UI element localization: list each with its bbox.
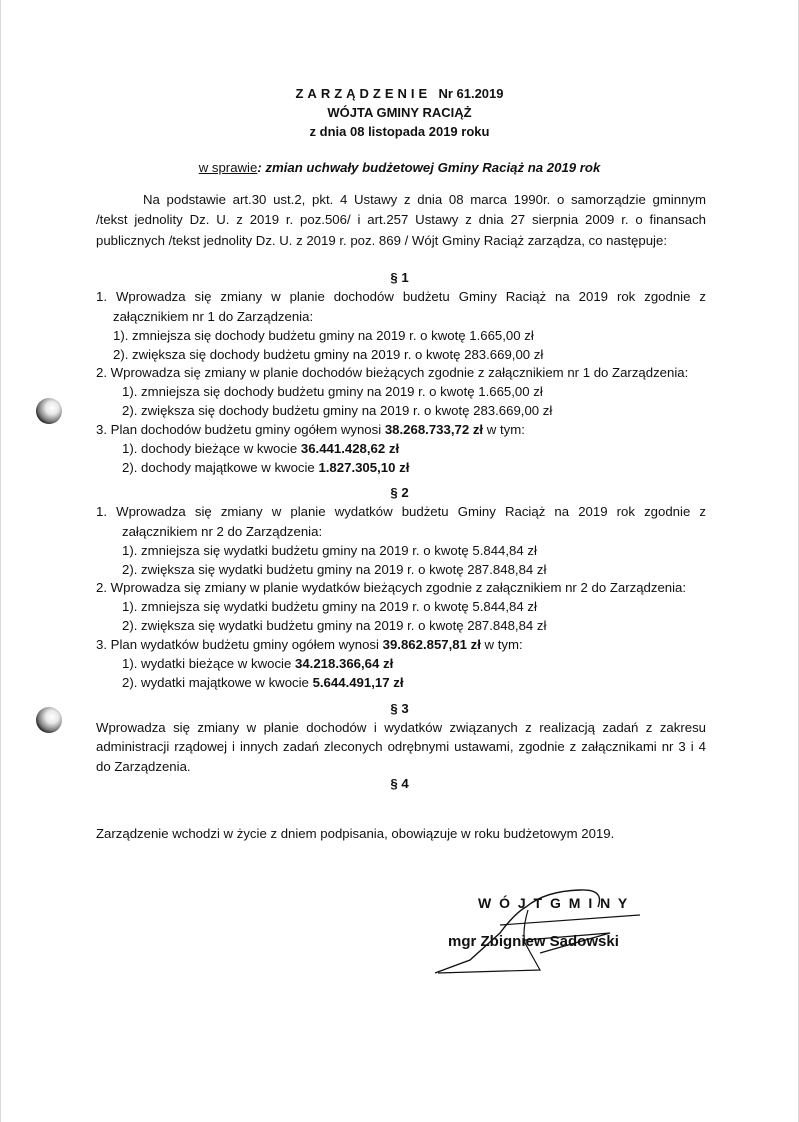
- expense-total-amount: 39.862.857,81 zł: [383, 637, 481, 652]
- preamble-line-3: publicznych /tekst jednolity Dz. U. z 20…: [96, 232, 667, 250]
- s4-text: Zarządzenie wchodzi w życie z dniem podp…: [96, 825, 614, 843]
- subject-text: : zmian uchwały budżetowej Gminy Raciąż …: [257, 160, 600, 175]
- expense-capital-amount: 5.644.491,17 zł: [313, 675, 404, 690]
- income-capital-amount: 1.827.305,10 zł: [318, 460, 409, 475]
- s2-p2-item1: 1). zmniejsza się wydatki budżetu gminy …: [122, 598, 537, 616]
- expense-current-amount: 34.218.366,64 zł: [295, 656, 393, 671]
- handwritten-signature-icon: [430, 885, 660, 980]
- s1-p3-item2: 2). dochody majątkowe w kwocie 1.827.305…: [122, 459, 409, 477]
- document-page: ZARZĄDZENIE Nr 61.2019 WÓJTA GMINY RACIĄ…: [0, 0, 799, 1122]
- title-number: Nr 61.2019: [438, 86, 503, 101]
- document-title: ZARZĄDZENIE Nr 61.2019: [0, 84, 799, 103]
- document-date: z dnia 08 listopada 2019 roku: [0, 122, 799, 141]
- section-3-heading: § 3: [0, 701, 799, 716]
- income-current-amount: 36.441.428,62 zł: [301, 441, 399, 456]
- s2-p2-line1: 2. Wprowadza się zmiany w planie wydatkó…: [96, 579, 686, 597]
- subject-prefix: w sprawie: [199, 160, 258, 175]
- subject-line: w sprawie: zmian uchwały budżetowej Gmin…: [0, 159, 799, 177]
- preamble-line-2: /tekst jednolity Dz. U. z 2019 r. poz.50…: [96, 212, 706, 227]
- s1-p2-line1: 2. Wprowadza się zmiany w planie dochodó…: [96, 364, 688, 382]
- s1-p1-item2: 2). zwiększa się dochody budżetu gminy n…: [113, 346, 543, 364]
- s3-line3: do Zarządzenia.: [96, 758, 191, 776]
- s2-p1-line1: 1. Wprowadza się zmiany w planie wydatkó…: [96, 504, 706, 519]
- section-1-heading: § 1: [0, 270, 799, 285]
- s3-line1: Wprowadza się zmiany w planie dochodów i…: [96, 720, 706, 735]
- s1-p2-item2: 2). zwiększa się dochody budżetu gminy n…: [122, 402, 552, 420]
- preamble-line-1: Na podstawie art.30 ust.2, pkt. 4 Ustawy…: [143, 192, 706, 207]
- s2-p3-total: 3. Plan wydatków budżetu gminy ogółem wy…: [96, 636, 523, 654]
- s2-p1-item2: 2). zwiększa się wydatki budżetu gminy n…: [122, 561, 546, 579]
- punch-hole-icon: [36, 398, 62, 424]
- s1-p1-line2: załącznikiem nr 1 do Zarządzenia:: [113, 308, 313, 326]
- s2-p3-item1: 1). wydatki bieżące w kwocie 34.218.366,…: [122, 655, 393, 673]
- title-word: ZARZĄDZENIE: [295, 86, 431, 101]
- s2-p2-item2: 2). zwiększa się wydatki budżetu gminy n…: [122, 617, 546, 635]
- section-4-heading: § 4: [0, 776, 799, 791]
- issuer: WÓJTA GMINY RACIĄŻ: [0, 103, 799, 122]
- income-total-amount: 38.268.733,72 zł: [385, 422, 483, 437]
- s3-line2: administracji rządowej i innych zadań zl…: [96, 739, 706, 754]
- s1-p3-total: 3. Plan dochodów budżetu gminy ogółem wy…: [96, 421, 525, 439]
- s2-p1-line2: załącznikiem nr 2 do Zarządzenia:: [122, 523, 322, 541]
- s1-p2-item1: 1). zmniejsza się dochody budżetu gminy …: [122, 383, 543, 401]
- s2-p3-item2: 2). wydatki majątkowe w kwocie 5.644.491…: [122, 674, 403, 692]
- s1-p3-item1: 1). dochody bieżące w kwocie 36.441.428,…: [122, 440, 399, 458]
- s2-p1-item1: 1). zmniejsza się wydatki budżetu gminy …: [122, 542, 537, 560]
- section-2-heading: § 2: [0, 485, 799, 500]
- s1-p1-line1: 1. Wprowadza się zmiany w planie dochodó…: [96, 289, 706, 304]
- s1-p1-item1: 1). zmniejsza się dochody budżetu gminy …: [113, 327, 534, 345]
